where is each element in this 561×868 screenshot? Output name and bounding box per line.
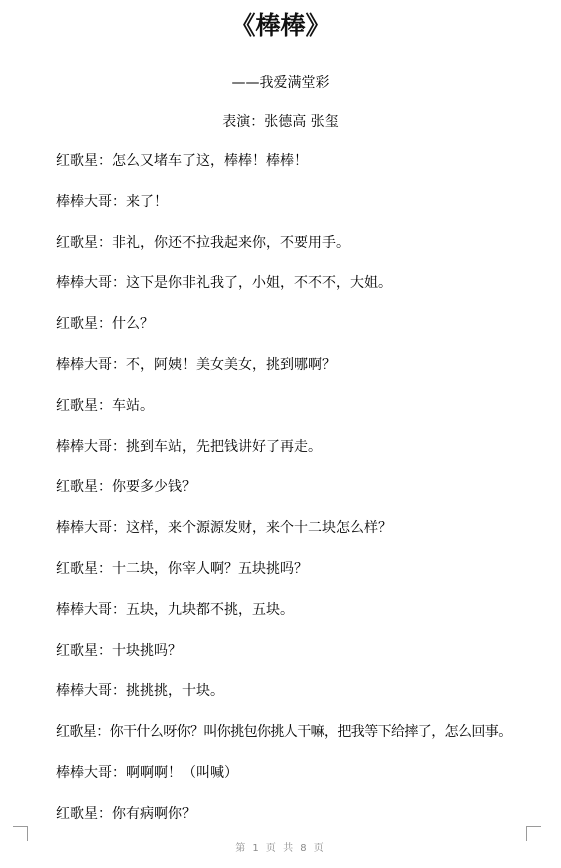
page-number-footer: 第 1 页 共 8 页	[0, 842, 561, 856]
performer-credits: 表演：张德高 张玺	[0, 112, 561, 132]
dialogue-line: 棒棒大哥：挑到车站，先把钱讲好了再走。	[56, 437, 536, 478]
margin-corner-mark-left	[13, 826, 28, 841]
dialogue-line: 红歌星：非礼，你还不拉我起来你，不要用手。	[56, 233, 536, 274]
dialogue-line: 红歌星：车站。	[56, 396, 536, 437]
dialogue-script: 红歌星：怎么又堵车了这，棒棒！棒棒！ 棒棒大哥：来了！ 红歌星：非礼，你还不拉我…	[56, 151, 536, 845]
dialogue-line: 棒棒大哥：五块，九块都不挑，五块。	[56, 600, 536, 641]
dialogue-line: 棒棒大哥：啊啊啊！（叫喊）	[56, 763, 536, 804]
document-subtitle: ——我爱满堂彩	[0, 73, 561, 93]
dialogue-line: 棒棒大哥：挑挑挑，十块。	[56, 681, 536, 722]
dialogue-line: 红歌星：什么？	[56, 314, 536, 355]
dialogue-line: 红歌星：你干什么呀你？叫你挑包你挑人干嘛，把我等下给摔了，怎么回事。	[56, 722, 536, 763]
dialogue-line: 棒棒大哥：这样，来个源源发财，来个十二块怎么样？	[56, 518, 536, 559]
dialogue-line: 棒棒大哥：不，阿姨！美女美女，挑到哪啊？	[56, 355, 536, 396]
document-title: 《棒棒》	[0, 10, 561, 42]
dialogue-line: 棒棒大哥：这下是你非礼我了，小姐，不不不，大姐。	[56, 273, 536, 314]
dialogue-line: 红歌星：怎么又堵车了这，棒棒！棒棒！	[56, 151, 536, 192]
margin-corner-mark-right	[526, 826, 541, 841]
dialogue-line: 红歌星：你有病啊你？	[56, 804, 536, 845]
dialogue-line: 红歌星：十块挑吗？	[56, 641, 536, 682]
dialogue-line: 红歌星：十二块，你宰人啊？五块挑吗？	[56, 559, 536, 600]
dialogue-line: 棒棒大哥：来了！	[56, 192, 536, 233]
document-page: 《棒棒》 ——我爱满堂彩 表演：张德高 张玺 红歌星：怎么又堵车了这，棒棒！棒棒…	[0, 0, 561, 868]
dialogue-line: 红歌星：你要多少钱？	[56, 477, 536, 518]
